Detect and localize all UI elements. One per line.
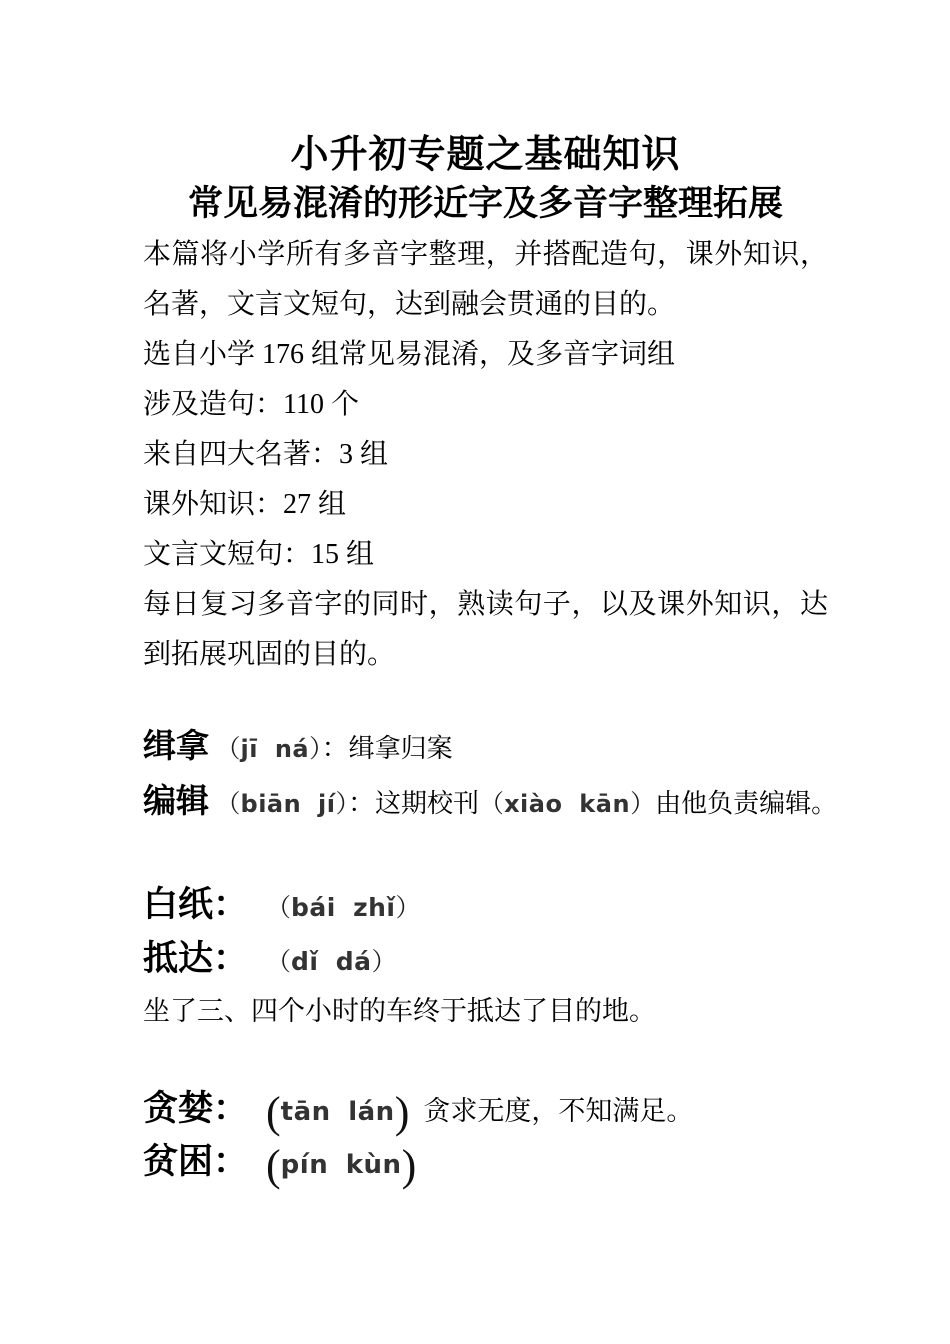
- entry-pinyin: dǐ dá: [291, 947, 371, 976]
- document-page: 小升初专题之基础知识 常见易混淆的形近字及多音字整理拓展 本篇将小学所有多音字整…: [0, 0, 950, 1344]
- entry-usage-pinyin: xiào kān: [504, 790, 630, 818]
- entry-bianji: 编辑 （biān jí）：这期校刊（xiào kān）由他负责编辑。: [143, 776, 828, 831]
- paren-close: ）: [396, 895, 421, 922]
- entry-pinyin: bái zhǐ: [291, 893, 395, 922]
- entry-group-tanlan-pinkun: 贪婪：(tān lán)贪求无度，不知满足。 贫困：(pín kùn): [143, 1084, 828, 1190]
- paren-open: （: [479, 791, 504, 818]
- paren-open: （: [266, 949, 291, 976]
- page-title: 小升初专题之基础知识: [143, 132, 828, 178]
- entry-pinyin: pín kùn: [281, 1150, 402, 1180]
- entry-pinyin: tān lán: [281, 1097, 395, 1127]
- entry-pinyin: biān jí: [241, 790, 336, 818]
- intro-paragraph: 本篇将小学所有多音字整理，并搭配造句，课外知识，名著，文言文短句，达到融会贯通的…: [143, 230, 828, 330]
- page-subtitle: 常见易混淆的形近字及多音字整理拓展: [143, 178, 828, 230]
- paren-open: （: [216, 736, 241, 763]
- entry-jina: 缉拿 （jī ná）：缉拿归案: [143, 721, 828, 776]
- entry-word: 缉拿: [143, 729, 209, 765]
- paren-close: ): [402, 1141, 417, 1190]
- entry-group-jina-bianji: 缉拿 （jī ná）：缉拿归案 编辑 （biān jí）：这期校刊（xiào k…: [143, 721, 828, 831]
- paren-open: (: [266, 1141, 281, 1190]
- entry-usage-before: 这期校刊: [375, 789, 479, 818]
- entry-tanlan: 贪婪：(tān lán)贪求无度，不知满足。: [143, 1084, 828, 1137]
- entry-colon: ：: [348, 788, 375, 818]
- entry-word: 贫困：: [143, 1142, 248, 1181]
- entry-pinkun: 贫困：(pín kùn): [143, 1137, 828, 1190]
- paren-open: (: [266, 1088, 281, 1137]
- stat-line-sentences: 涉及造句：110 个: [143, 380, 828, 430]
- entry-usage-after: 由他负责编辑。: [655, 789, 837, 818]
- paren-close: ): [395, 1088, 410, 1137]
- stat-line-classical-chinese: 文言文短句：15 组: [143, 530, 828, 580]
- entry-word: 贪婪：: [143, 1089, 248, 1128]
- entry-colon: ：: [322, 733, 349, 763]
- paren-open: （: [266, 895, 291, 922]
- stat-line-extra-knowledge: 课外知识：27 组: [143, 480, 828, 530]
- paren-close: ）: [309, 736, 322, 763]
- entry-gloss: 贪求无度，不知满足。: [409, 1096, 693, 1126]
- stat-line-source: 选自小学 176 组常见易混淆，及多音字词组: [143, 330, 828, 380]
- paren-close: ）: [336, 791, 349, 818]
- document-content: 小升初专题之基础知识 常见易混淆的形近字及多音字整理拓展 本篇将小学所有多音字整…: [0, 0, 950, 1190]
- entry-dida: 抵达：（dǐ dá）: [143, 934, 828, 988]
- outro-paragraph: 每日复习多音字的同时，熟读句子，以及课外知识，达到拓展巩固的目的。: [143, 580, 828, 680]
- entry-baizhi: 白纸：（bái zhǐ）: [143, 880, 828, 934]
- entry-word: 白纸：: [143, 885, 248, 924]
- entry-usage: 缉拿归案: [349, 734, 453, 763]
- entry-group-baizhi-dida: 白纸：（bái zhǐ） 抵达：（dǐ dá） 坐了三、四个小时的车终于抵达了目…: [143, 880, 828, 1034]
- entry-example-sentence: 坐了三、四个小时的车终于抵达了目的地。: [143, 988, 828, 1034]
- paren-open: （: [216, 791, 241, 818]
- entry-word: 编辑: [143, 784, 209, 820]
- paren-close: ）: [371, 949, 396, 976]
- entry-word: 抵达：: [143, 939, 248, 978]
- paren-close: ）: [630, 791, 655, 818]
- entry-pinyin: jī ná: [241, 735, 310, 763]
- stat-line-classics: 来自四大名著：3 组: [143, 430, 828, 480]
